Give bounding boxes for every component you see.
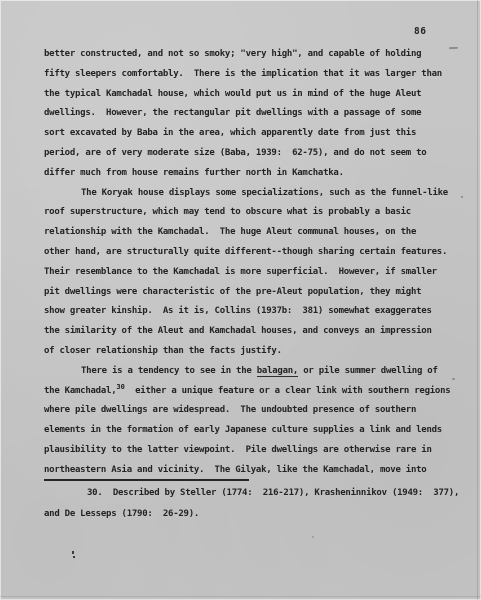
text-line: roof superstructure, which may tend to o… (44, 203, 456, 223)
footnote-reference-30: 30 (116, 383, 124, 391)
paragraph-1: better constructed, and not so smoky; "v… (44, 45, 456, 184)
text-line: relationship with the Kamchadal. The hug… (44, 223, 456, 243)
scan-speck (461, 196, 463, 198)
scan-artifact-dash (449, 47, 458, 49)
text-line: Their resemblance to the Kamchadal is mo… (44, 263, 456, 283)
footnote-line: 30. Described by Steller (1774: 216-217)… (44, 483, 456, 504)
text-segment: either a unique feature or a clear link … (125, 386, 451, 396)
scan-edge-line-right (477, 0, 478, 600)
text-line: The Koryak house displays some specializ… (44, 184, 456, 204)
paragraph-2: The Koryak house displays some specializ… (44, 184, 456, 362)
text-line: differ much from house remains further n… (44, 164, 456, 184)
footnote-line: and De Lesseps (1790: 26-29). (44, 504, 456, 525)
text-line: the Kamchadal,30 either a unique feature… (44, 382, 456, 402)
text-segment: the Kamchadal, (44, 386, 116, 396)
page-number: 86 (414, 26, 426, 37)
text-line: other hand, are structurally quite diffe… (44, 243, 456, 263)
scan-stray-mark (73, 556, 75, 558)
scan-stray-mark (72, 551, 74, 554)
text-line: northeastern Asia and vicinity. The Gily… (44, 461, 456, 481)
text-line: pit dwellings were characteristic of the… (44, 283, 456, 303)
body-text: better constructed, and not so smoky; "v… (44, 45, 456, 481)
text-line: of closer relationship than the facts ju… (44, 342, 456, 362)
scanned-document-page: 86 better constructed, and not so smoky;… (0, 0, 481, 600)
text-line: the similarity of the Aleut and Kamchada… (44, 322, 456, 342)
text-line: better constructed, and not so smoky; "v… (44, 45, 456, 65)
text-line: There is a tendency to see in the balaga… (44, 362, 456, 382)
paragraph-3: There is a tendency to see in the balaga… (44, 362, 456, 481)
text-line: the typical Kamchadal house, which would… (44, 85, 456, 105)
text-line: dwellings. However, the rectangular pit … (44, 104, 456, 124)
scan-edge-line-bottom (0, 596, 481, 597)
text-segment: There is a tendency to see in the (81, 366, 257, 376)
text-line: fifty sleepers comfortably. There is the… (44, 65, 456, 85)
text-line: show greater kinship. As it is, Collins … (44, 302, 456, 322)
underlined-term-balagan: balagan, (257, 366, 298, 378)
text-line: period, are of very moderate size (Baba,… (44, 144, 456, 164)
text-line: sort excavated by Baba in the area, whic… (44, 124, 456, 144)
footnote: 30. Described by Steller (1774: 216-217)… (44, 483, 456, 525)
footnote-separator-rule (44, 479, 249, 481)
text-line: plausibility to the latter viewpoint. Pi… (44, 441, 456, 461)
scan-speck (452, 378, 455, 380)
scan-speck (312, 536, 314, 538)
text-line: where pile dwellings are widespread. The… (44, 401, 456, 421)
text-segment: or pile summer dwelling of (298, 366, 438, 376)
text-line: elements in the formation of early Japan… (44, 421, 456, 441)
scanned-page-viewport: 86 better constructed, and not so smoky;… (0, 0, 481, 600)
